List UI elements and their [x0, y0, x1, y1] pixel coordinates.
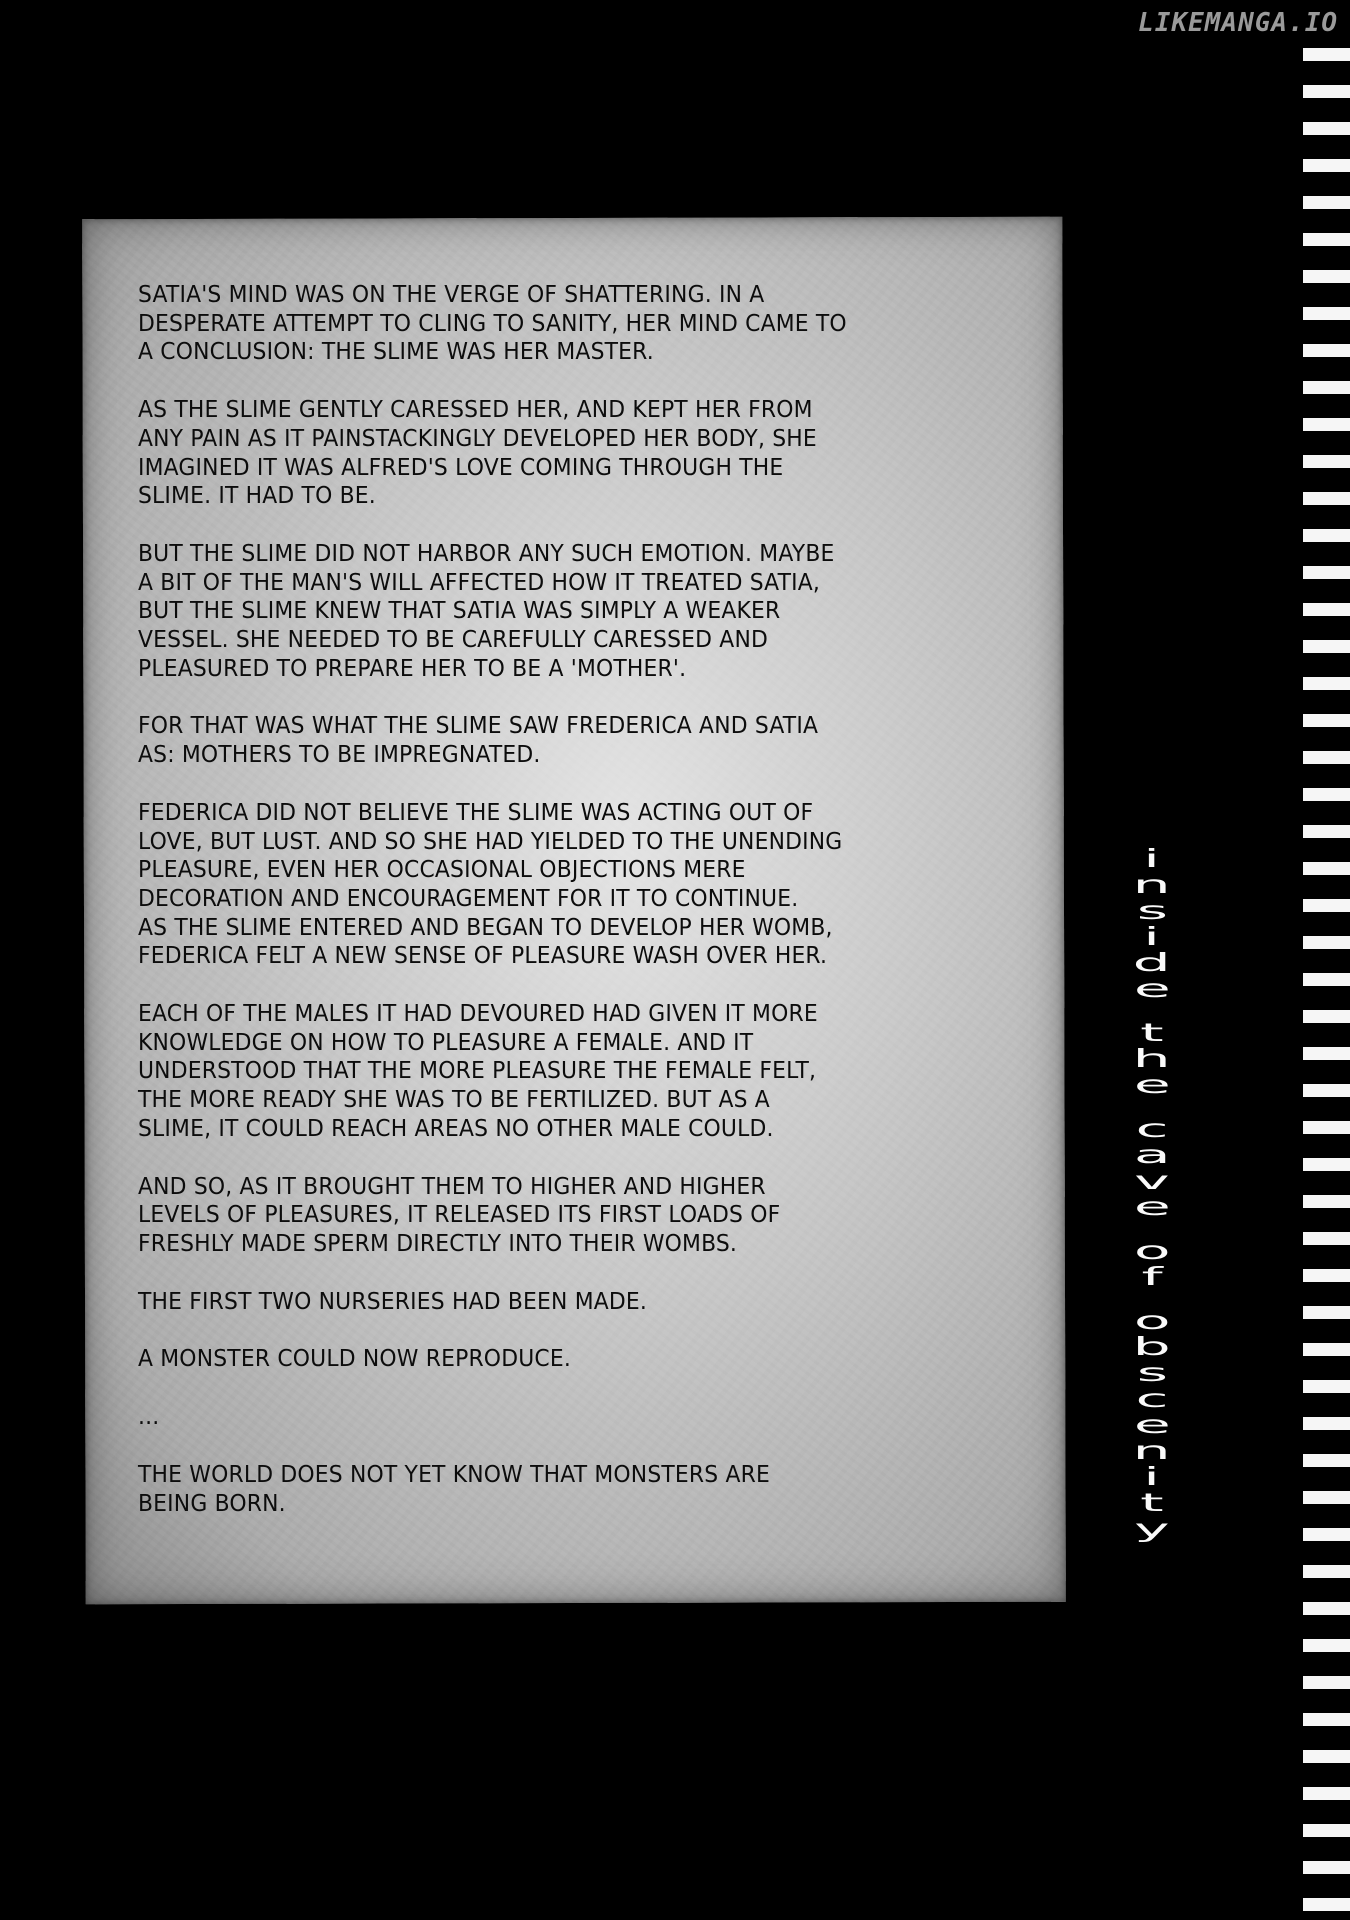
- title-letter: d: [1133, 955, 1171, 971]
- paragraph: FOR THAT WAS WHAT THE SLIME SAW FREDERIC…: [138, 711, 975, 768]
- decorative-stripe-border: [1303, 48, 1350, 1920]
- paragraph: THE WORLD DOES NOT YET KNOW THAT MONSTER…: [138, 1460, 975, 1517]
- title-letter: b: [1133, 1339, 1171, 1355]
- paragraph: BUT THE SLIME DID NOT HARBOR ANY SUCH EM…: [138, 539, 975, 683]
- paragraph: THE FIRST TWO NURSERIES HAD BEEN MADE.: [138, 1287, 975, 1316]
- title-letter: i: [1144, 1469, 1161, 1485]
- title-letter: h: [1133, 1051, 1171, 1067]
- title-letter: n: [1133, 877, 1171, 893]
- title-letter: e: [1134, 1077, 1171, 1093]
- title-word: obscenity: [1139, 1308, 1164, 1542]
- title-letter: t: [1140, 1025, 1164, 1041]
- title-letter: y: [1134, 1521, 1170, 1537]
- title-word: cave: [1140, 1116, 1165, 1220]
- paragraph: ...: [138, 1402, 975, 1431]
- paragraph: SATIA'S MIND WAS ON THE VERGE OF SHATTER…: [138, 280, 975, 366]
- title-letter: v: [1134, 1173, 1170, 1189]
- title-letter: o: [1134, 1313, 1171, 1329]
- paragraph: AND SO, AS IT BROUGHT THEM TO HIGHER AND…: [138, 1172, 975, 1258]
- title-letter: i: [1144, 851, 1161, 867]
- paragraph: FEDERICA DID NOT BELIEVE THE SLIME WAS A…: [138, 798, 975, 970]
- title-letter: o: [1134, 1243, 1171, 1259]
- title-letter: t: [1140, 1495, 1164, 1511]
- title-letter: n: [1133, 1443, 1171, 1459]
- vertical-chapter-title: insidethecaveofobscenity: [1124, 846, 1180, 1560]
- title-word: inside: [1139, 846, 1164, 1002]
- title-letter: f: [1141, 1269, 1162, 1285]
- title-word: the: [1139, 1020, 1164, 1098]
- paragraph: A MONSTER COULD NOW REPRODUCE.: [138, 1344, 975, 1373]
- site-watermark: LIKEMANGA.IO: [1138, 8, 1338, 38]
- title-letter: e: [1134, 1199, 1171, 1215]
- paragraph: AS THE SLIME GENTLY CARESSED HER, AND KE…: [138, 395, 975, 510]
- title-letter: c: [1135, 1121, 1168, 1137]
- story-text: SATIA'S MIND WAS ON THE VERGE OF SHATTER…: [138, 280, 975, 1546]
- title-letter: e: [1134, 1417, 1171, 1433]
- title-letter: a: [1134, 1147, 1171, 1163]
- title-letter: s: [1136, 1365, 1167, 1381]
- title-letter: i: [1144, 929, 1161, 945]
- title-letter: e: [1134, 981, 1171, 997]
- title-word: of: [1140, 1238, 1164, 1290]
- title-letter: s: [1136, 903, 1167, 919]
- title-letter: c: [1135, 1391, 1168, 1407]
- paragraph: EACH OF THE MALES IT HAD DEVOURED HAD GI…: [138, 999, 975, 1143]
